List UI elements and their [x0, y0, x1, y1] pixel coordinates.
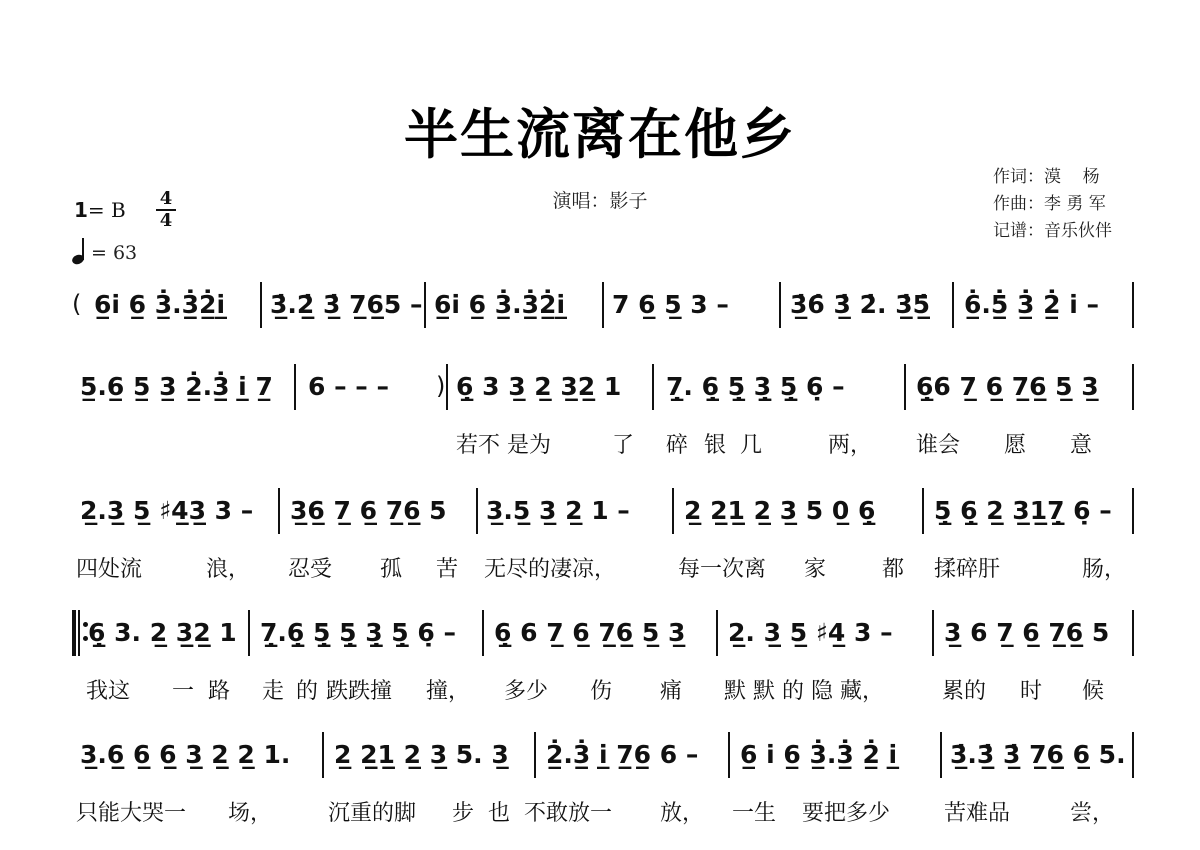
notation-line: 3̲.6̲̲ 6̲̲ 6̲̲ 3̲̲ 2̲̲ 2̲ 1.2̲ 2̲̲1̲̲ 2̲… [72, 740, 1138, 780]
barline [260, 282, 262, 328]
lyric-syllable: 路 [208, 674, 230, 705]
key-signature: 1= B [74, 198, 126, 222]
lyric-syllable: 撞， [426, 674, 470, 705]
measure-notes: 2̲. 3̲̲ 5̲ ♯4̲ 3 – [728, 618, 893, 647]
lyric-syllable: 一 [172, 674, 194, 705]
measure-notes: 3̲̇6̇ 3̲̇ 2̇. 3̲̲̇5̲̲̇ [790, 290, 930, 319]
notation-line: 5̲.6̲̲ 5̲ 3̲ 2̲̇.3̲̲̇ i̲̇ 7̲6 – – –)6̲̣ … [72, 372, 1138, 412]
lyric-syllable: 若不 是为 [456, 428, 551, 459]
lyric-syllable: 默 默 的 隐 藏， [724, 674, 884, 705]
lyric-syllable: 无尽的凄凉， [484, 552, 616, 583]
measure-notes: 6̲̣6 7̲ 6̲ 7̲̲6̲̲ 5̲ 3̲ [916, 372, 1099, 401]
lyric-syllable: 痛 [660, 674, 682, 705]
lyric-syllable: 两， [828, 428, 872, 459]
measure-notes: 3̲̇.3̲̲̇ 3̲̇ 7̲̲6̲̲ 6̲ 5. [950, 740, 1126, 769]
lyric-syllable: 谁会 [916, 428, 960, 459]
lyric-syllable: 跌跌撞 [326, 674, 392, 705]
notation-line: (6̲i̇ 6̲ 3̲̇.3̲̲̇2̲̇i̲̇3̲̇.2̲̲̇ 3̲̇ 7̲6̲… [72, 290, 1138, 330]
lyric-syllable: 碎 [666, 428, 688, 459]
lyric-syllable: 放， [660, 796, 704, 827]
lyric-syllable: 累的 [942, 674, 986, 705]
lyric-syllable: 四处流 [76, 552, 142, 583]
lyric-syllable: 苦 [436, 552, 458, 583]
lyric-syllable: 尝， [1070, 796, 1114, 827]
barline [248, 610, 250, 656]
measure-notes: 7̲̣. 6̲̲̣ 5̲̣ 3̲̲̣ 5̲̲̣ 6̣ – [666, 372, 845, 401]
measure-notes: 7 6̲ 5̲ 3 – [612, 290, 729, 319]
notation-line: 6̲̣ 3. 2̲ 3̲̲2̲̲ 17̲̣.6̲̲̣ 5̲̲̣ 5̲̲̣ 3̲̲… [72, 618, 1138, 658]
measure-notes: 3̲6̲ 7̲ 6̲ 7̲̲6̲̲ 5 [290, 496, 447, 525]
measure-notes: 2̲.3̲̲ 5̲ ♯4̲̲3̲̲ 3 – [80, 496, 253, 525]
tempo-value: = 63 [91, 242, 137, 264]
barline [602, 282, 604, 328]
lyric-syllable: 肠， [1082, 552, 1126, 583]
barline [779, 282, 781, 328]
measure-notes: 2̲̇.3̲̲̇ i̲̇ 7̲̲6̲̲ 6 – [546, 740, 698, 769]
lyric-syllable: 孤 [380, 552, 402, 583]
key-value: = B [88, 198, 126, 222]
measure-notes: 6̲i̇ 6̲ 3̲̇.3̲̲̇2̲̇i̲̇ [434, 290, 565, 319]
lyric-syllable: 不敢放一 [524, 796, 612, 827]
intro-open-paren: ( [72, 290, 81, 318]
measure-notes: 6̲̣ 6 7̲ 6̲ 7̲̲6̲̲ 5̲ 3̲ [494, 618, 685, 647]
time-signature: 4 4 [156, 190, 176, 230]
barline [952, 282, 954, 328]
barline [1132, 732, 1134, 778]
measure-notes: 3̲ 6 7̲ 6̲ 7̲̲6̲̲ 5 [944, 618, 1109, 647]
measure-notes: 6 – – – [308, 372, 389, 401]
time-signature-bottom: 4 [156, 212, 176, 230]
lyric-syllable: 候 [1082, 674, 1104, 705]
credits-block: 作词：漠 杨 作曲：李 勇 军 记谱：音乐伙伴 [993, 164, 1112, 245]
time-signature-top: 4 [156, 190, 176, 208]
notation-line: 2̲.3̲̲ 5̲ ♯4̲̲3̲̲ 3 –3̲6̲ 7̲ 6̲ 7̲̲6̲̲ 5… [72, 496, 1138, 536]
lyric-syllable: 多少 [504, 674, 548, 705]
barline [476, 488, 478, 534]
barline [728, 732, 730, 778]
measure-notes: 6̲ i̇ 6̲ 3̲̇.3̲̲̇ 2̲̇ i̲̇ [740, 740, 897, 769]
intro-close-paren: ) [436, 372, 445, 400]
measure-notes: 5̲̣ 6̲̣ 2̲̲ 3̲̲1̲̲7̲̲̣ 6̣ – [934, 496, 1112, 525]
barline [424, 282, 426, 328]
barline [446, 364, 448, 410]
measure-notes: 7̲̣.6̲̲̣ 5̲̲̣ 5̲̲̣ 3̲̲̣ 5̲̲̣ 6̣ – [260, 618, 456, 647]
barline [940, 732, 942, 778]
barline [294, 364, 296, 410]
barline [278, 488, 280, 534]
barline [482, 610, 484, 656]
composer-credit: 作曲：李 勇 军 [993, 191, 1112, 218]
tempo-marking: = 63 [72, 238, 137, 264]
barline [932, 610, 934, 656]
measure-notes: 3̲.5̲̲ 3̲ 2̲ 1 – [486, 496, 630, 525]
quarter-note-icon [72, 238, 85, 264]
lyric-syllable: 我这 [86, 674, 130, 705]
lyric-syllable: 场， [228, 796, 272, 827]
measure-notes: 3̲.6̲̲ 6̲̲ 6̲̲ 3̲̲ 2̲̲ 2̲ 1. [80, 740, 290, 769]
measure-notes: 5̲.6̲̲ 5̲ 3̲ 2̲̇.3̲̲̇ i̲̇ 7̲ [80, 372, 273, 401]
lyric-syllable: 时 [1020, 674, 1042, 705]
barline [922, 488, 924, 534]
lyric-syllable: 都 [882, 552, 904, 583]
lyric-syllable: 忍受 [288, 552, 332, 583]
lyric-syllable: 揉碎肝 [934, 552, 1000, 583]
lyric-syllable: 伤 [590, 674, 612, 705]
lyric-syllable: 的 [296, 674, 318, 705]
lyric-syllable: 每一次离 [678, 552, 766, 583]
key-tonic: 1 [74, 198, 88, 222]
lyric-syllable: 走 [262, 674, 284, 705]
lyric-syllable: 也 [488, 796, 510, 827]
lyric-syllable: 苦难品 [944, 796, 1010, 827]
lyric-syllable: 要把多少 [802, 796, 890, 827]
measure-notes: 2̲ 2̲̲1̲̲ 2̲ 3̲ 5 0̲ 6̲̣ [684, 496, 875, 525]
barline [534, 732, 536, 778]
lyric-syllable: 银 [704, 428, 726, 459]
measure-notes: 3̲̇.2̲̲̇ 3̲̇ 7̲6̲̲5 – [270, 290, 422, 319]
lyricist-credit: 作词：漠 杨 [993, 164, 1112, 191]
barline [904, 364, 906, 410]
lyric-syllable: 沉重的脚 [328, 796, 416, 827]
lyric-syllable: 意 [1070, 428, 1092, 459]
barline [672, 488, 674, 534]
barline [1132, 364, 1134, 410]
barline [716, 610, 718, 656]
lyric-syllable: 一生 [732, 796, 776, 827]
barline [1132, 610, 1134, 656]
repeat-start-barline [72, 610, 82, 656]
song-title: 半生流离在他乡 [0, 92, 1200, 169]
barline [322, 732, 324, 778]
measure-notes: 6̲̇.5̲̲̇ 3̲̇ 2̲̇ i̇ – [964, 290, 1099, 319]
measure-notes: 6̲̣ 3 3̲ 2̲ 3̲̲2̲̲ 1 [456, 372, 621, 401]
transcriber-credit: 记谱：音乐伙伴 [993, 218, 1112, 245]
lyric-syllable: 只能大哭一 [76, 796, 186, 827]
measure-notes: 2̲ 2̲̲1̲̲ 2̲ 3̲ 5. 3̲ [334, 740, 509, 769]
barline [652, 364, 654, 410]
measure-notes: 6̲̣ 3. 2̲ 3̲̲2̲̲ 1 [88, 618, 237, 647]
lyric-syllable: 了 [612, 428, 634, 459]
measure-notes: 6̲i̇ 6̲ 3̲̇.3̲̲̇2̲̇i̲̇ [94, 290, 225, 319]
lyric-syllable: 家 [804, 552, 826, 583]
lyric-syllable: 浪， [206, 552, 250, 583]
lyric-syllable: 步 [452, 796, 474, 827]
barline [1132, 488, 1134, 534]
lyric-syllable: 几 [740, 428, 762, 459]
lyric-syllable: 愿 [1004, 428, 1026, 459]
barline [1132, 282, 1134, 328]
